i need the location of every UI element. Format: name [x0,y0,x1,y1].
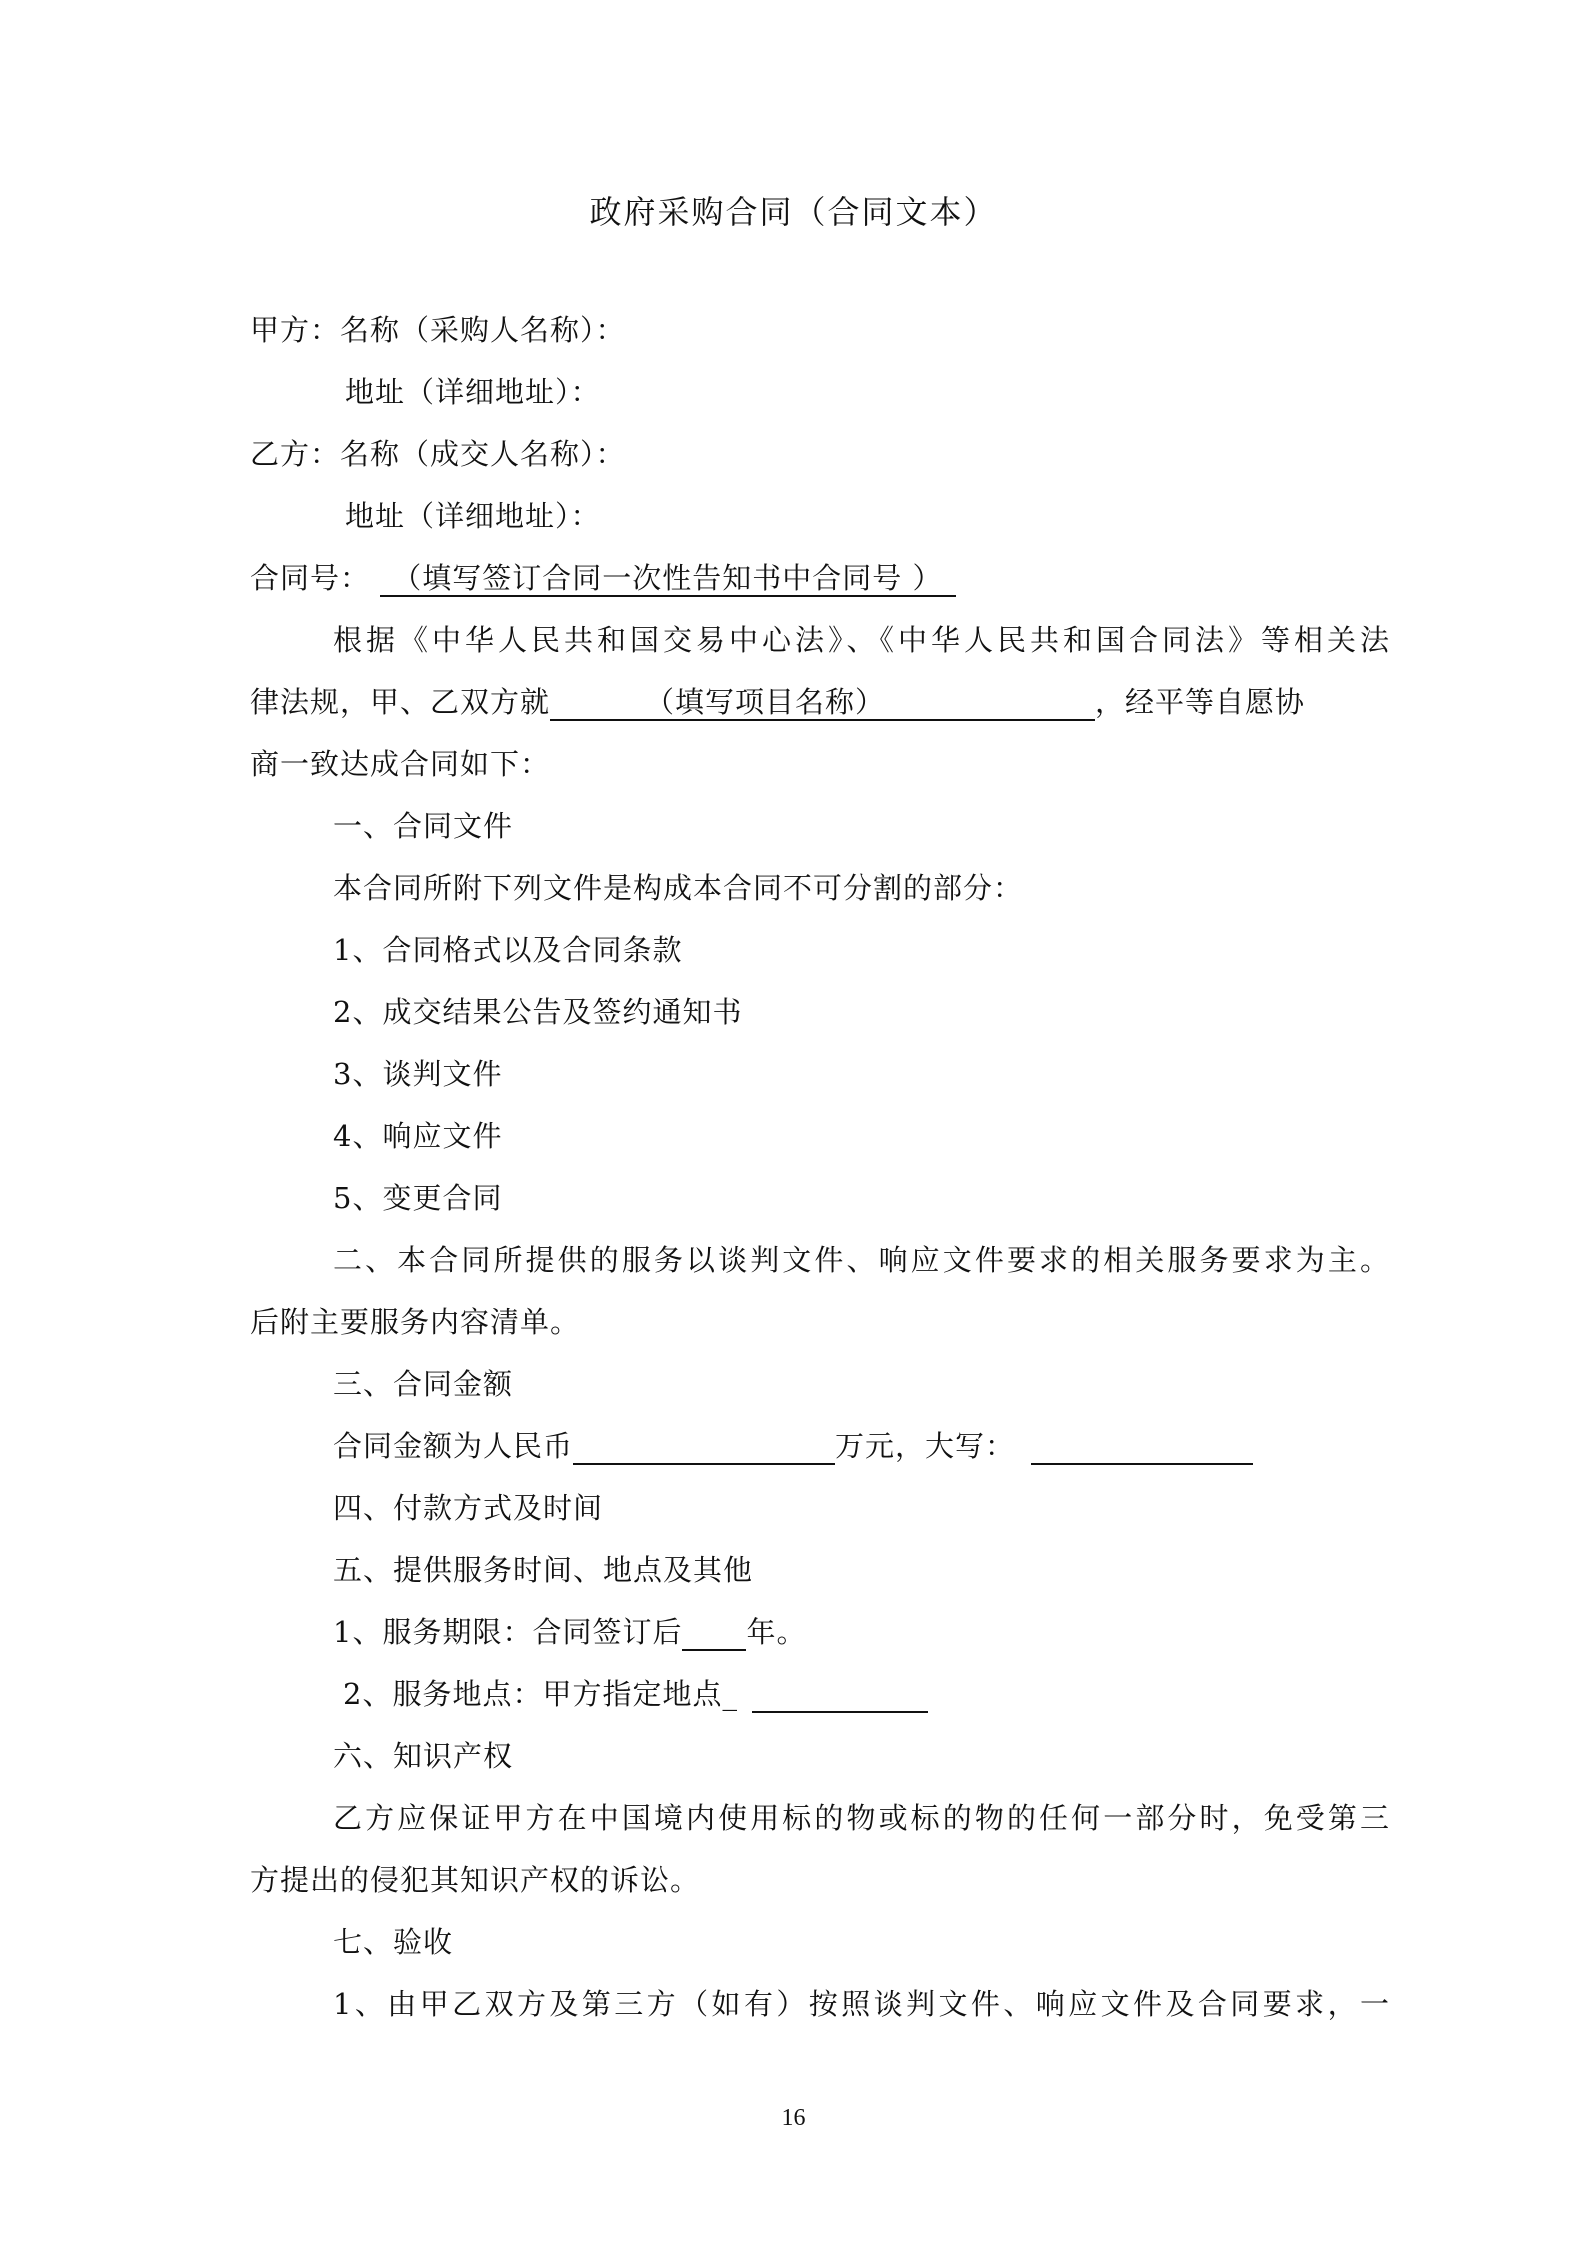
service-term-field[interactable] [682,1615,746,1651]
contract-number-label: 合同号： [250,561,370,595]
section-1-item-3: 3、谈判文件 [333,1054,502,1094]
section-6-heading: 六、知识产权 [333,1736,513,1776]
contract-amount-line: 合同金额为人民币 万元，大写： [333,1426,1253,1466]
section-4-heading: 四、付款方式及时间 [333,1488,603,1528]
preamble-line-2-prefix: 律法规，甲、乙双方就 [250,685,550,719]
section-2-line-1: 二、本合同所提供的服务以谈判文件、响应文件要求的相关服务要求为主。 [333,1240,1390,1280]
service-term-suffix: 年。 [746,1615,806,1649]
contract-number-line: 合同号： （填写签订合同一次性告知书中合同号 ） [250,558,956,598]
party-a-name-line: 甲方：名称（采购人名称）： [250,310,626,350]
preamble-line-2-suffix: ，经平等自愿协 [1095,685,1305,719]
preamble-line-1: 根据《中华人民共和国交易中心法》、《中华人民共和国合同法》等相关法 [333,620,1390,660]
contract-number-field: （填写签订合同一次性告知书中合同号 ） [380,561,956,597]
preamble-line-3: 商一致达成合同如下： [250,744,550,784]
section-7-item-1-line-1: 1、由甲乙双方及第三方（如有）按照谈判文件、响应文件及合同要求，一 [333,1984,1390,2024]
contract-amount-unit: 万元，大写： [835,1429,1015,1463]
contract-amount-prefix: 合同金额为人民币 [333,1429,573,1463]
party-b-address-line: 地址（详细地址）： [345,496,601,536]
service-location-line: 2、服务地点：甲方指定地点_ [343,1674,928,1714]
project-name-field: （填写项目名称） [550,685,1095,721]
section-1-item-1: 1、合同格式以及合同条款 [333,930,682,970]
party-b-name-field: 名称（成交人名称）： [340,437,626,471]
document-page: 政府采购合同（合同文本） 甲方：名称（采购人名称）： 地址（详细地址）： 乙方：… [0,0,1587,2245]
party-b-label: 乙方： [250,437,340,471]
party-b-name-line: 乙方：名称（成交人名称）： [250,434,626,474]
page-number: 16 [0,2105,1587,2132]
section-1-item-4: 4、响应文件 [333,1116,502,1156]
party-a-address-line: 地址（详细地址）： [345,372,601,412]
service-term-line: 1、服务期限：合同签订后 年。 [333,1612,806,1652]
section-5-heading: 五、提供服务时间、地点及其他 [333,1550,753,1590]
section-1-item-2: 2、成交结果公告及签约通知书 [333,992,742,1032]
section-1-item-5: 5、变更合同 [333,1178,502,1218]
party-a-label: 甲方： [250,313,340,347]
service-location-prefix: 2、服务地点：甲方指定地点_ [343,1677,738,1711]
contract-amount-uppercase-field[interactable] [1031,1429,1253,1465]
section-6-line-2: 方提出的侵犯其知识产权的诉讼。 [250,1860,700,1900]
section-1-intro: 本合同所附下列文件是构成本合同不可分割的部分： [333,868,1023,908]
party-a-name-field: 名称（采购人名称）： [340,313,626,347]
section-1-heading: 一、合同文件 [333,806,513,846]
service-term-prefix: 1、服务期限：合同签订后 [333,1615,682,1649]
section-3-heading: 三、合同金额 [333,1364,513,1404]
contract-amount-field[interactable] [573,1429,835,1465]
section-6-line-1: 乙方应保证甲方在中国境内使用标的物或标的物的任何一部分时，免受第三 [333,1798,1390,1838]
service-location-field[interactable] [752,1677,928,1713]
section-2-line-2: 后附主要服务内容清单。 [250,1302,580,1342]
document-title: 政府采购合同（合同文本） [0,190,1587,234]
preamble-line-2: 律法规，甲、乙双方就（填写项目名称），经平等自愿协 [250,682,1305,722]
section-7-heading: 七、验收 [333,1922,453,1962]
